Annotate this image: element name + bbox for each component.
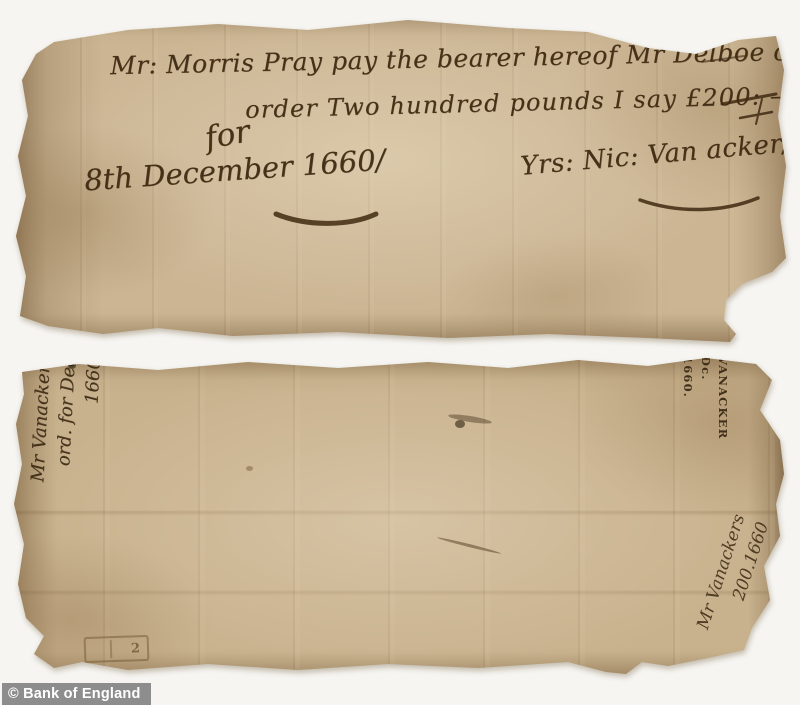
docket-line1: VANACKER Dc. <box>697 356 732 448</box>
ink-blot <box>455 420 465 428</box>
photo-credit-bar: © Bank of England <box>2 683 151 705</box>
cheque-front-sheet: Mr: Morris Pray pay the bearer hereof Mr… <box>8 6 792 348</box>
ink-dot <box>68 362 76 369</box>
endorsement-bottom-right-diagonal: Mr Vanackers 200.1660 <box>682 511 774 668</box>
photo-background: Mr: Morris Pray pay the bearer hereof Mr… <box>0 0 800 705</box>
amount-dash-flourish-2 <box>740 112 772 118</box>
handwriting-date-line: 8th December 1660/ <box>83 146 386 196</box>
archive-stamp-number: 2 <box>131 641 141 656</box>
signature-underline-flourish <box>640 198 758 210</box>
photo-credit-text: © Bank of England <box>8 683 141 705</box>
cheque-back-wrapper: Mr Vanackers ord. for Dec 1660 VANACKER … <box>8 354 788 686</box>
cheque-back-sheet: Mr Vanackers ord. for Dec 1660 VANACKER … <box>8 354 788 686</box>
docket-line2: 1660. <box>679 356 696 448</box>
handwriting-pay-order-line: Mr: Morris Pray pay the bearer hereof Mr… <box>110 39 800 78</box>
endorsement-left-vertical: Mr Vanackers ord. for Dec 1660 <box>24 355 116 509</box>
archive-stamp: 2 <box>84 635 150 663</box>
handwriting-for-word: for <box>203 116 253 154</box>
docket-top-right-vertical: VANACKER Dc. 1660. <box>695 356 731 448</box>
date-underline-flourish <box>276 214 376 223</box>
handwriting-signature: Yrs: Nic: Van acker/ <box>519 130 792 180</box>
scratch-mark <box>437 536 502 555</box>
ink-speck <box>246 466 253 471</box>
handwriting-amount-line: order Two hundred pounds I say £200: — :… <box>245 82 800 122</box>
cheque-front-wrapper: Mr: Morris Pray pay the bearer hereof Mr… <box>8 6 792 348</box>
